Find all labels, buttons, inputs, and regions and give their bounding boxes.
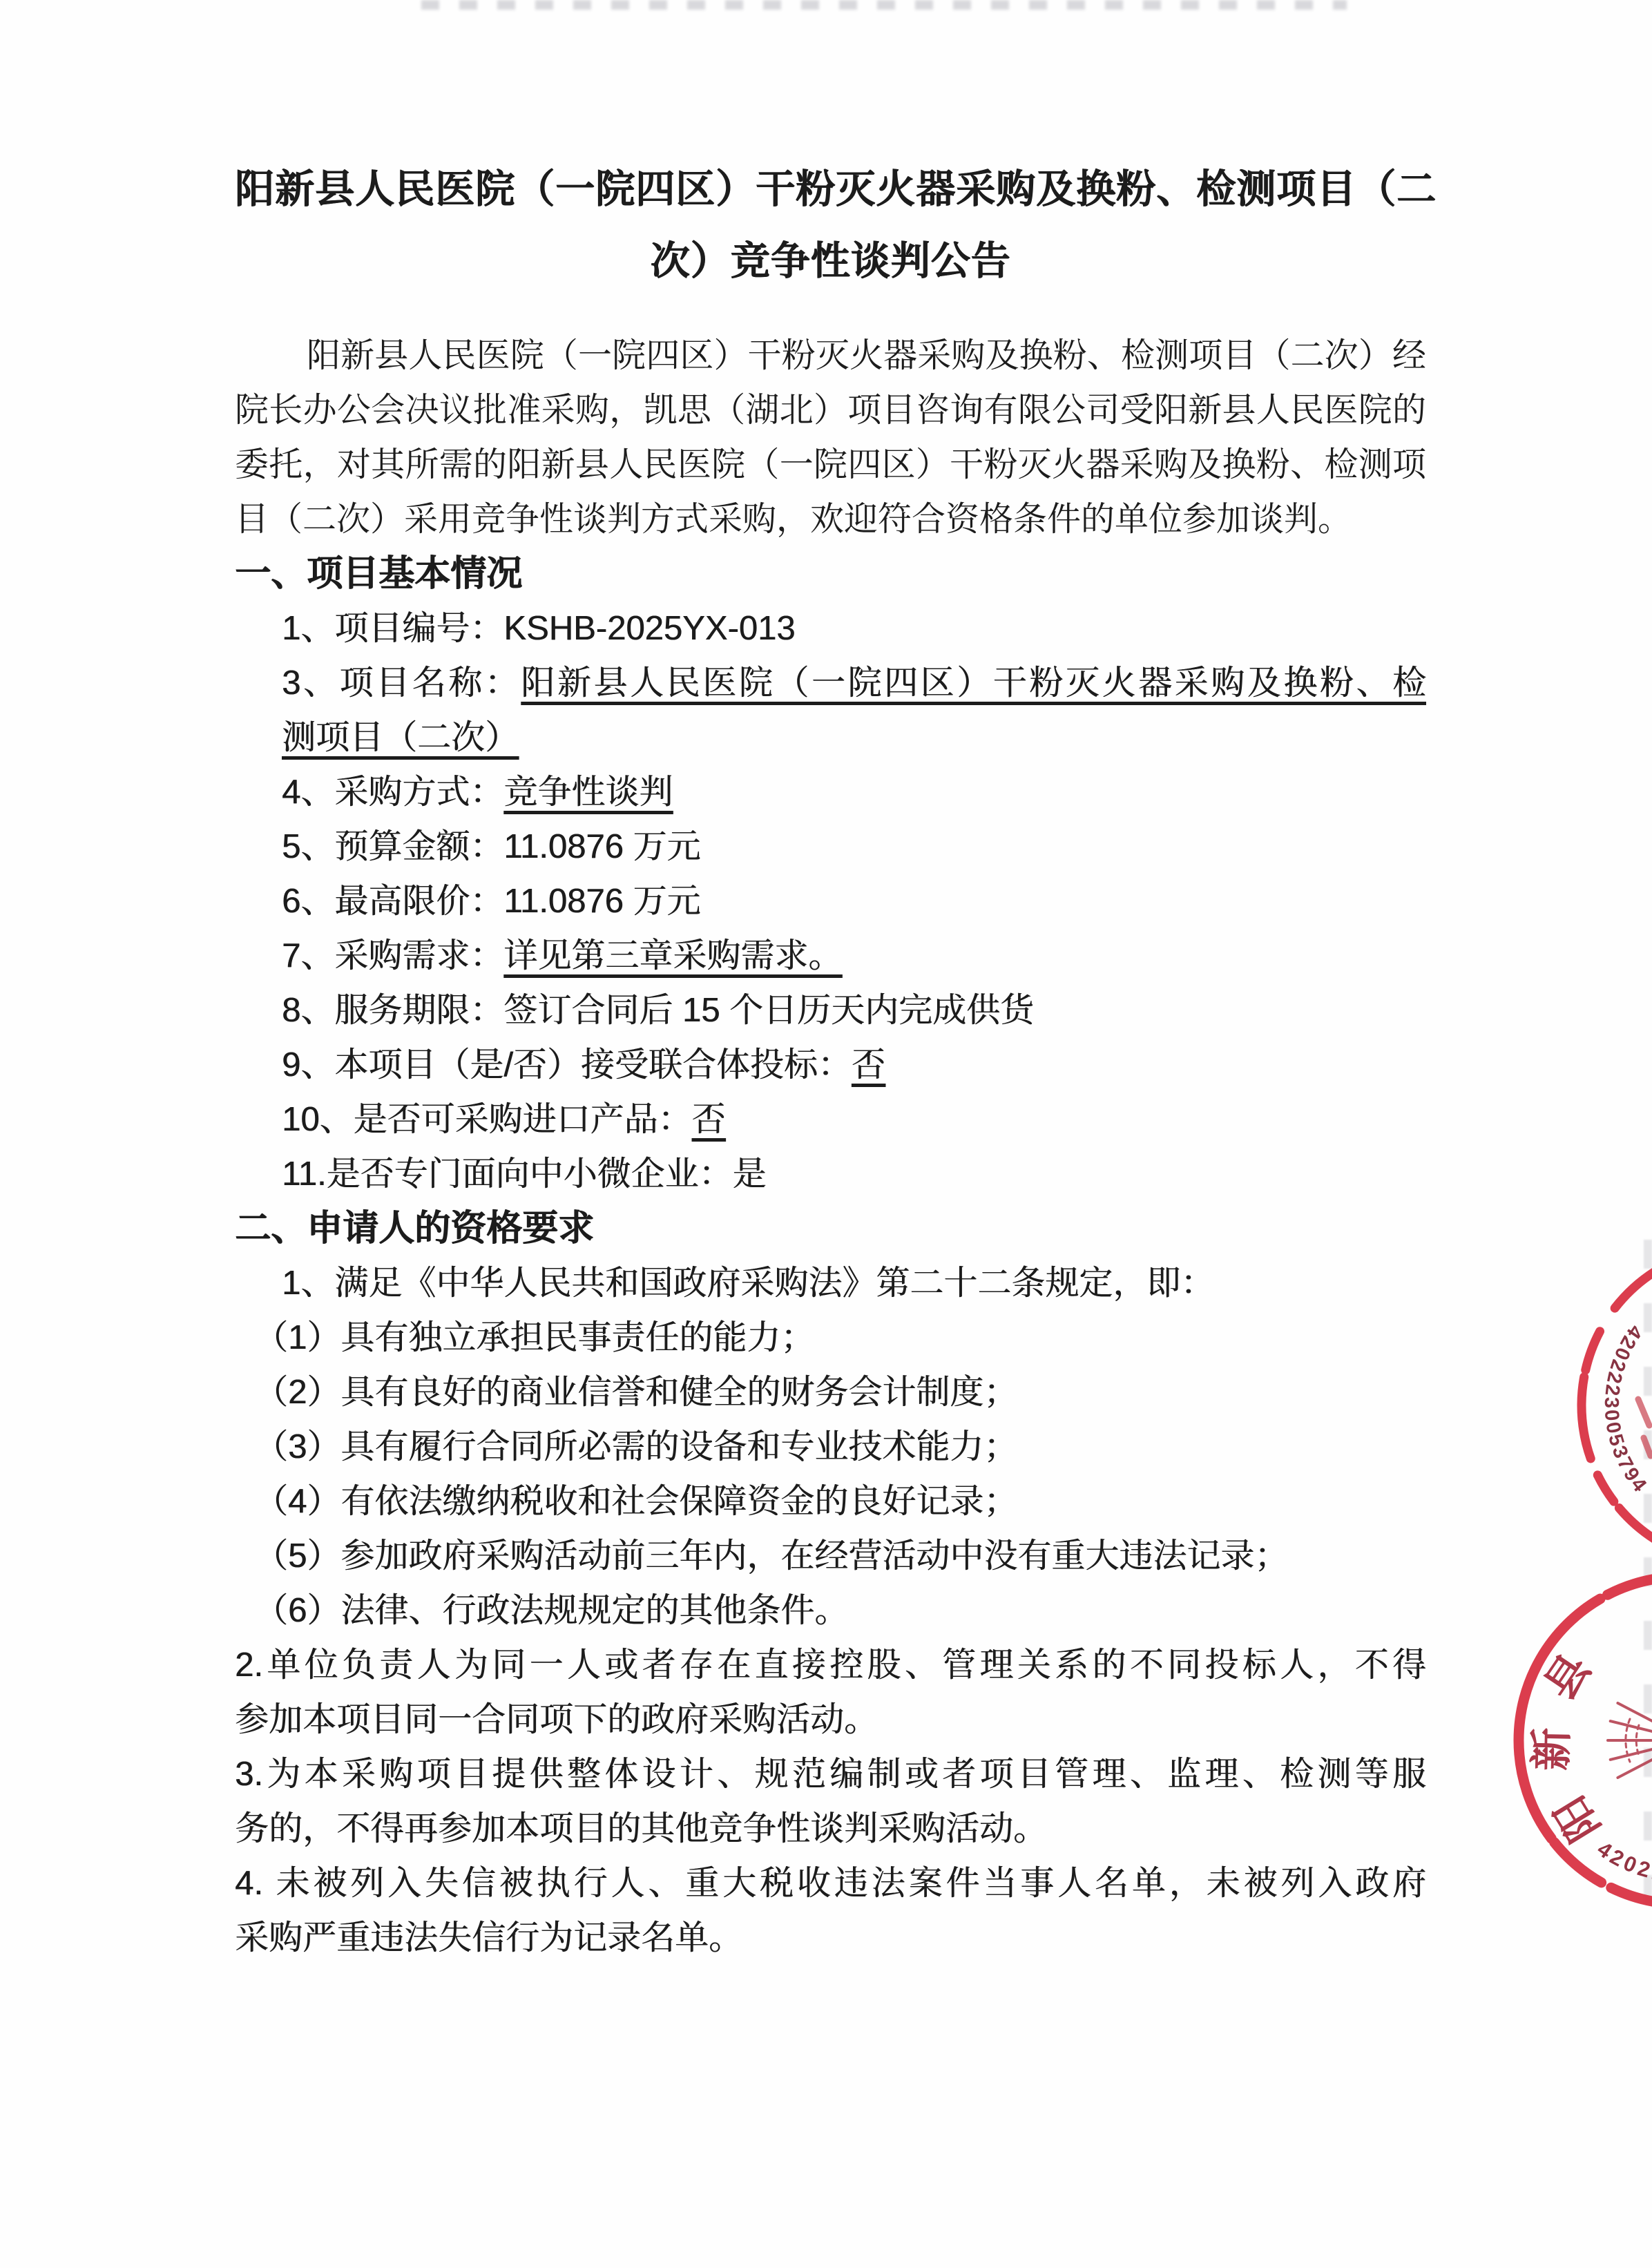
document-title-line1: 阳新县人民医院（一院四区）干粉灭火器采购及换粉、检测项目（二 bbox=[235, 153, 1426, 225]
document-content: 阳新县人民医院（一院四区）干粉灭火器采购及换粉、检测项目（二 次）竞争性谈判公告… bbox=[235, 0, 1426, 1966]
list-item: 4. 未被列入失信被执行人、重大税收违法案件当事人名单，未被列入政府 bbox=[235, 1856, 1426, 1911]
underlined-text: 阳新县人民医院（一院四区）干粉灭火器采购及换粉、检 bbox=[521, 664, 1426, 702]
seal-star-rays bbox=[1608, 1703, 1652, 1778]
intro-line: 阳新县人民医院（一院四区）干粉灭火器采购及换粉、检测项目（二次）经 bbox=[235, 329, 1426, 383]
list-item: 1、满足《中华人民共和国政府采购法》第二十二条规定，即： bbox=[235, 1256, 1426, 1311]
underlined-text: 否 bbox=[692, 1101, 726, 1138]
intro-paragraph: 阳新县人民医院（一院四区）干粉灭火器采购及换粉、检测项目（二次）经 院长办公会决… bbox=[235, 329, 1426, 547]
underlined-text: 测项目（二次） bbox=[282, 719, 519, 756]
list-item: 3.为本采购项目提供整体设计、规范编制或者项目管理、监理、检测等服 bbox=[235, 1747, 1426, 1802]
list-item: （5）参加政府采购活动前三年内，在经营活动中没有重大违法记录； bbox=[235, 1529, 1426, 1584]
intro-line: 委托，对其所需的阳新县人民医院（一院四区）干粉灭火器采购及换粉、检测项 bbox=[235, 438, 1426, 492]
section2-heading: 二、申请人的资格要求 bbox=[235, 1202, 1426, 1256]
section2-list: 1、满足《中华人民共和国政府采购法》第二十二条规定，即： （1）具有独立承担民事… bbox=[235, 1256, 1426, 1966]
underlined-text: 竞争性谈判 bbox=[503, 773, 673, 811]
list-item: 2.单位负责人为同一人或者存在直接控股、管理关系的不同投标人，不得 bbox=[235, 1638, 1426, 1693]
list-item: 8、服务期限：签订合同后 15 个日历天内完成供货 bbox=[235, 983, 1426, 1038]
document-title-line2: 次）竞争性谈判公告 bbox=[235, 225, 1426, 297]
list-item: 10、是否可采购进口产品：否 bbox=[235, 1093, 1426, 1147]
list-item: 6、最高限价：11.0876 万元 bbox=[235, 874, 1426, 929]
list-item: （4）有依法缴纳税收和社会保障资金的良好记录； bbox=[235, 1474, 1426, 1529]
section1-list: 1、项目编号：KSHB-2025YX-013 3、项目名称：阳新县人民医院（一院… bbox=[235, 602, 1426, 1202]
list-item: 4、采购方式：竞争性谈判 bbox=[235, 765, 1426, 820]
underlined-text: 否 bbox=[852, 1046, 885, 1084]
document-page: 阳新县人民医院（一院四区）干粉灭火器采购及换粉、检测项目（二 次）竞争性谈判公告… bbox=[0, 0, 1652, 2268]
list-item: 采购严重违法失信行为记录名单。 bbox=[235, 1911, 1426, 1966]
seal-ink-smudge bbox=[1638, 1399, 1651, 1456]
list-item: 3、项目名称：阳新县人民医院（一院四区）干粉灭火器采购及换粉、检 bbox=[235, 656, 1426, 711]
list-item: 5、预算金额：11.0876 万元 bbox=[235, 820, 1426, 874]
list-item: 11.是否专门面向中小微企业：是 bbox=[235, 1147, 1426, 1202]
intro-line: 目（二次）采用竞争性谈判方式采购，欢迎符合资格条件的单位参加谈判。 bbox=[235, 492, 1426, 547]
official-seal-upper: 42022230053794 bbox=[1540, 1236, 1652, 1582]
section1-heading: 一、项目基本情况 bbox=[235, 547, 1426, 602]
list-item: 7、采购需求：详见第三章采购需求。 bbox=[235, 929, 1426, 983]
list-item: 务的，不得再参加本项目的其他竞争性谈判采购活动。 bbox=[235, 1802, 1426, 1856]
list-item: 1、项目编号：KSHB-2025YX-013 bbox=[235, 602, 1426, 656]
document-title: 阳新县人民医院（一院四区）干粉灭火器采购及换粉、检测项目（二 次）竞争性谈判公告 bbox=[235, 153, 1426, 297]
list-item: 9、本项目（是/否）接受联合体投标：否 bbox=[235, 1038, 1426, 1093]
list-item: （2）具有良好的商业信誉和健全的财务会计制度； bbox=[235, 1365, 1426, 1420]
official-seal-lower: 阳新县 420222 bbox=[1504, 1561, 1652, 1920]
underlined-text: 详见第三章采购需求。 bbox=[503, 937, 842, 974]
intro-line: 院长办公会决议批准采购，凯思（湖北）项目咨询有限公司受阳新县人民医院的 bbox=[235, 383, 1426, 438]
list-item: 参加本项目同一合同项下的政府采购活动。 bbox=[235, 1693, 1426, 1747]
list-item: （6）法律、行政法规规定的其他条件。 bbox=[235, 1584, 1426, 1638]
list-item: 测项目（二次） bbox=[235, 711, 1426, 765]
list-item: （3）具有履行合同所必需的设备和专业技术能力； bbox=[235, 1420, 1426, 1474]
list-item: （1）具有独立承担民事责任的能力； bbox=[235, 1311, 1426, 1365]
